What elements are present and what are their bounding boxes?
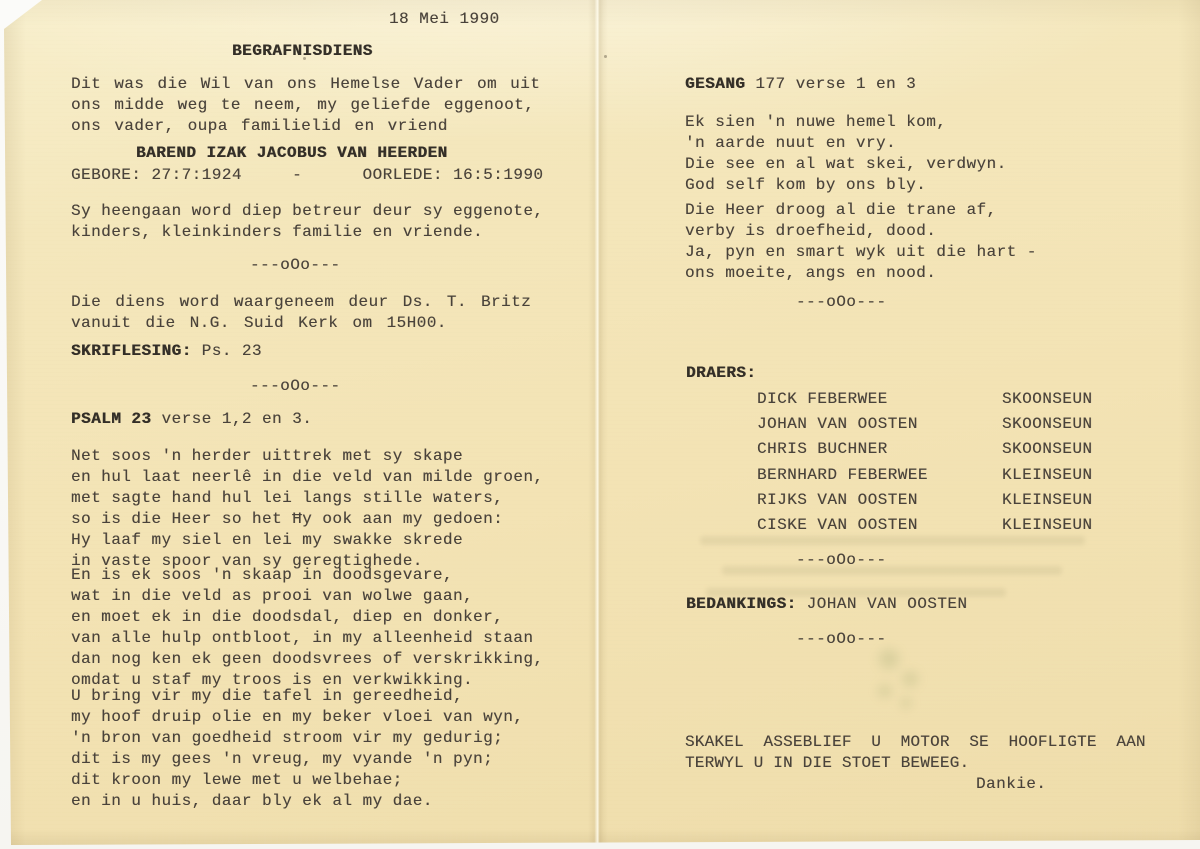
skriflesing-value: Ps. 23 [192, 342, 262, 360]
divider-ooo: ---oOo--- [796, 292, 886, 313]
intro-paragraph: Dit was die Wil van ons Hemelse Vader om… [71, 74, 540, 137]
draer-row: CHRIS BUCHNERSKOONSEUN [757, 439, 888, 460]
draers-label: DRAERS: [686, 363, 756, 384]
page-title: BEGRAFNISDIENS [232, 41, 373, 62]
draer-row: RIJKS VAN OOSTENKLEINSEUN [757, 490, 918, 511]
divider-ooo: ---oOo--- [250, 255, 340, 276]
draer-row: JOHAN VAN OOSTENSKOONSEUN [757, 414, 918, 435]
bedankings-value: JOHAN VAN OOSTEN [797, 595, 968, 613]
draer-relation: KLEINSEUN [1002, 465, 1092, 486]
draer-name: DICK FEBERWEE [757, 390, 888, 408]
skriflesing-line: SKRIFLESING: Ps. 23 [71, 341, 262, 362]
draer-name: CHRIS BUCHNER [757, 440, 888, 458]
draer-relation: KLEINSEUN [1002, 515, 1092, 536]
scanned-funeral-program: 18 Mei 1990 BEGRAFNISDIENS Dit was die W… [0, 0, 1200, 849]
headlights-notice: SKAKEL ASSEBLIEF U MOTOR SE HOOFLIGTE AA… [685, 732, 1146, 774]
draer-row: DICK FEBERWEESKOONSEUN [757, 389, 888, 410]
gesang-label: GESANG [685, 75, 745, 93]
deceased-name: BAREND IZAK JACOBUS VAN HEERDEN [136, 143, 448, 164]
program-date: 18 Mei 1990 [389, 9, 500, 30]
draer-name: RIJKS VAN OOSTEN [757, 491, 918, 509]
gesang-verse-2: Die Heer droog al die trane af, verby is… [685, 200, 1037, 284]
psalm-verse-3: U bring vir my die tafel in gereedheid, … [71, 686, 523, 812]
service-paragraph: Die diens word waargeneem deur Ds. T. Br… [71, 292, 531, 334]
psalm-heading: PSALM 23 verse 1,2 en 3. [71, 409, 312, 430]
bedankings-line: BEDANKINGS: JOHAN VAN OOSTEN [686, 594, 967, 615]
draer-relation: SKOONSEUN [1002, 439, 1092, 460]
showthrough-text-smudge [722, 566, 1062, 575]
draer-relation: SKOONSEUN [1002, 414, 1092, 435]
psalm-label: PSALM 23 [71, 410, 151, 428]
draer-name: CISKE VAN OOSTEN [757, 516, 918, 534]
center-fold-crease [588, 0, 608, 849]
draer-name: JOHAN VAN OOSTEN [757, 415, 918, 433]
divider-ooo: ---oOo--- [796, 629, 886, 650]
gesang-heading: GESANG 177 verse 1 en 3 [685, 74, 916, 95]
draers-list: DICK FEBERWEESKOONSEUN JOHAN VAN OOSTENS… [757, 389, 1177, 536]
divider-ooo: ---oOo--- [250, 376, 340, 397]
gesang-verse-1: Ek sien 'n nuwe hemel kom, 'n aarde nuut… [685, 112, 1007, 196]
draer-relation: KLEINSEUN [1002, 490, 1092, 511]
skriflesing-label: SKRIFLESING: [71, 342, 192, 360]
dust-speck [604, 55, 607, 58]
psalm-verse-2: En is ek soos 'n skaap in doodsgevare, w… [71, 565, 543, 691]
draer-row: CISKE VAN OOSTENKLEINSEUN [757, 515, 918, 536]
draer-row: BERNHARD FEBERWEEKLEINSEUN [757, 465, 928, 486]
divider-ooo: ---oOo--- [796, 550, 886, 571]
psalm-heading-rest: verse 1,2 en 3. [151, 410, 312, 428]
psalm-verse-1: Net soos 'n herder uittrek met sy skape … [71, 446, 543, 572]
mourning-paragraph: Sy heengaan word diep betreur deur sy eg… [71, 201, 543, 243]
birth-death-line: GEBORE: 27:7:1924 - OORLEDE: 16:5:1990 [71, 165, 543, 186]
bedankings-label: BEDANKINGS: [686, 595, 797, 613]
draer-name: BERNHARD FEBERWEE [757, 466, 928, 484]
gesang-heading-rest: 177 verse 1 en 3 [745, 75, 916, 93]
paper-sheet: 18 Mei 1990 BEGRAFNISDIENS Dit was die W… [0, 0, 1200, 849]
thanks-note: Dankie. [976, 774, 1046, 795]
draer-relation: SKOONSEUN [1002, 389, 1092, 410]
